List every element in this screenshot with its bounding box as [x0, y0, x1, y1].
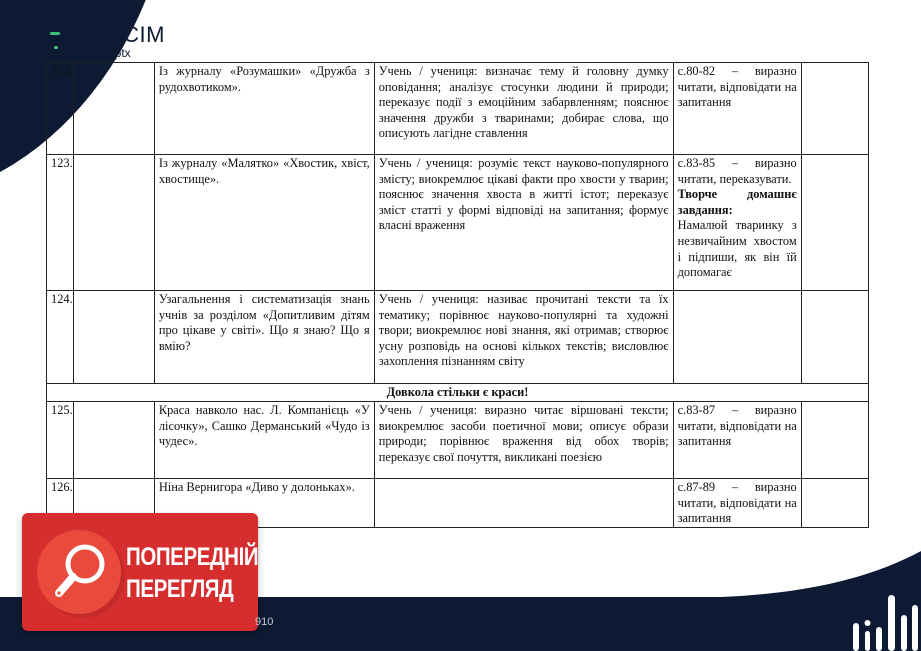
lesson-homework: с.87-89 – виразно читати, відповідати на… — [673, 479, 801, 528]
table-row: 125. Краса навколо нас. Л. Компанієць «У… — [47, 402, 869, 479]
table-row: 123. Із журналу «Малятко» «Хвостик, хвіс… — [47, 155, 869, 291]
lesson-number: 124. — [47, 291, 74, 384]
lesson-goals: Учень / учениця: розуміє текст науково-п… — [374, 155, 673, 291]
lesson-homework — [673, 291, 801, 384]
preview-label-line2: ПЕРЕГЛЯД — [126, 573, 258, 605]
lesson-goals: Учень / учениця: виразно читає віршовані… — [374, 402, 673, 479]
graduation-cap-icon — [48, 26, 102, 58]
brand-bars-icon — [850, 585, 920, 651]
section-title: Довкола стільки є краси! — [47, 384, 869, 402]
logo-name: BCIM — [108, 24, 165, 46]
lesson-homework: с.80-82 – виразно читати, відповідати на… — [673, 63, 801, 155]
preview-label: ПОПЕРЕДНІЙ ПЕРЕГЛЯД — [126, 541, 258, 605]
lesson-note — [801, 402, 868, 479]
lesson-goals: Учень / учениця: визначає тему й головну… — [374, 63, 673, 155]
table-row: 124. Узагальнення і систематизація знань… — [47, 291, 869, 384]
table-row: 122. Із журналу «Розумашки» «Дружба з ру… — [47, 63, 869, 155]
magnifier-icon — [37, 530, 121, 614]
creative-task-title: Творче домашнє завдання: — [678, 187, 797, 218]
lesson-number: 123. — [47, 155, 74, 291]
lesson-note — [801, 291, 868, 384]
logo-subtitle: pptx — [108, 47, 165, 59]
creative-task-text: Намалюй тваринку з незвичайним хвостом і… — [678, 218, 797, 280]
lesson-topic: Із журналу «Розумашки» «Дружба з рудохво… — [154, 63, 374, 155]
page-number: 910 — [255, 616, 273, 628]
preview-label-line1: ПОПЕРЕДНІЙ — [126, 541, 258, 573]
homework-text: с.83-85 – виразно читати, переказувати. — [678, 156, 797, 187]
logo: BCIM pptx — [48, 24, 165, 59]
lesson-plan-table: 122. Із журналу «Розумашки» «Дружба з ру… — [46, 62, 869, 528]
lesson-date — [73, 402, 154, 479]
lesson-goals: Учень / учениця: називає прочитані текст… — [374, 291, 673, 384]
lesson-date — [73, 155, 154, 291]
preview-button[interactable]: ПОПЕРЕДНІЙ ПЕРЕГЛЯД — [22, 513, 258, 631]
section-header-row: Довкола стільки є краси! — [47, 384, 869, 402]
lesson-homework: с.83-87 – виразно читати, відповідати на… — [673, 402, 801, 479]
lesson-homework: с.83-85 – виразно читати, переказувати. … — [673, 155, 801, 291]
lesson-date — [73, 63, 154, 155]
lesson-note — [801, 63, 868, 155]
lesson-goals — [374, 479, 673, 528]
lesson-note — [801, 479, 868, 528]
lesson-number: 122. — [47, 63, 74, 155]
lesson-note — [801, 155, 868, 291]
homework-text: с.80-82 – виразно читати, відповідати на… — [678, 64, 797, 109]
lesson-topic: Узагальнення і систематизація знань учні… — [154, 291, 374, 384]
lesson-topic: Краса навколо нас. Л. Компанієць «У лісо… — [154, 402, 374, 479]
lesson-number: 125. — [47, 402, 74, 479]
lesson-topic: Із журналу «Малятко» «Хвостик, хвіст, хв… — [154, 155, 374, 291]
lesson-date — [73, 291, 154, 384]
